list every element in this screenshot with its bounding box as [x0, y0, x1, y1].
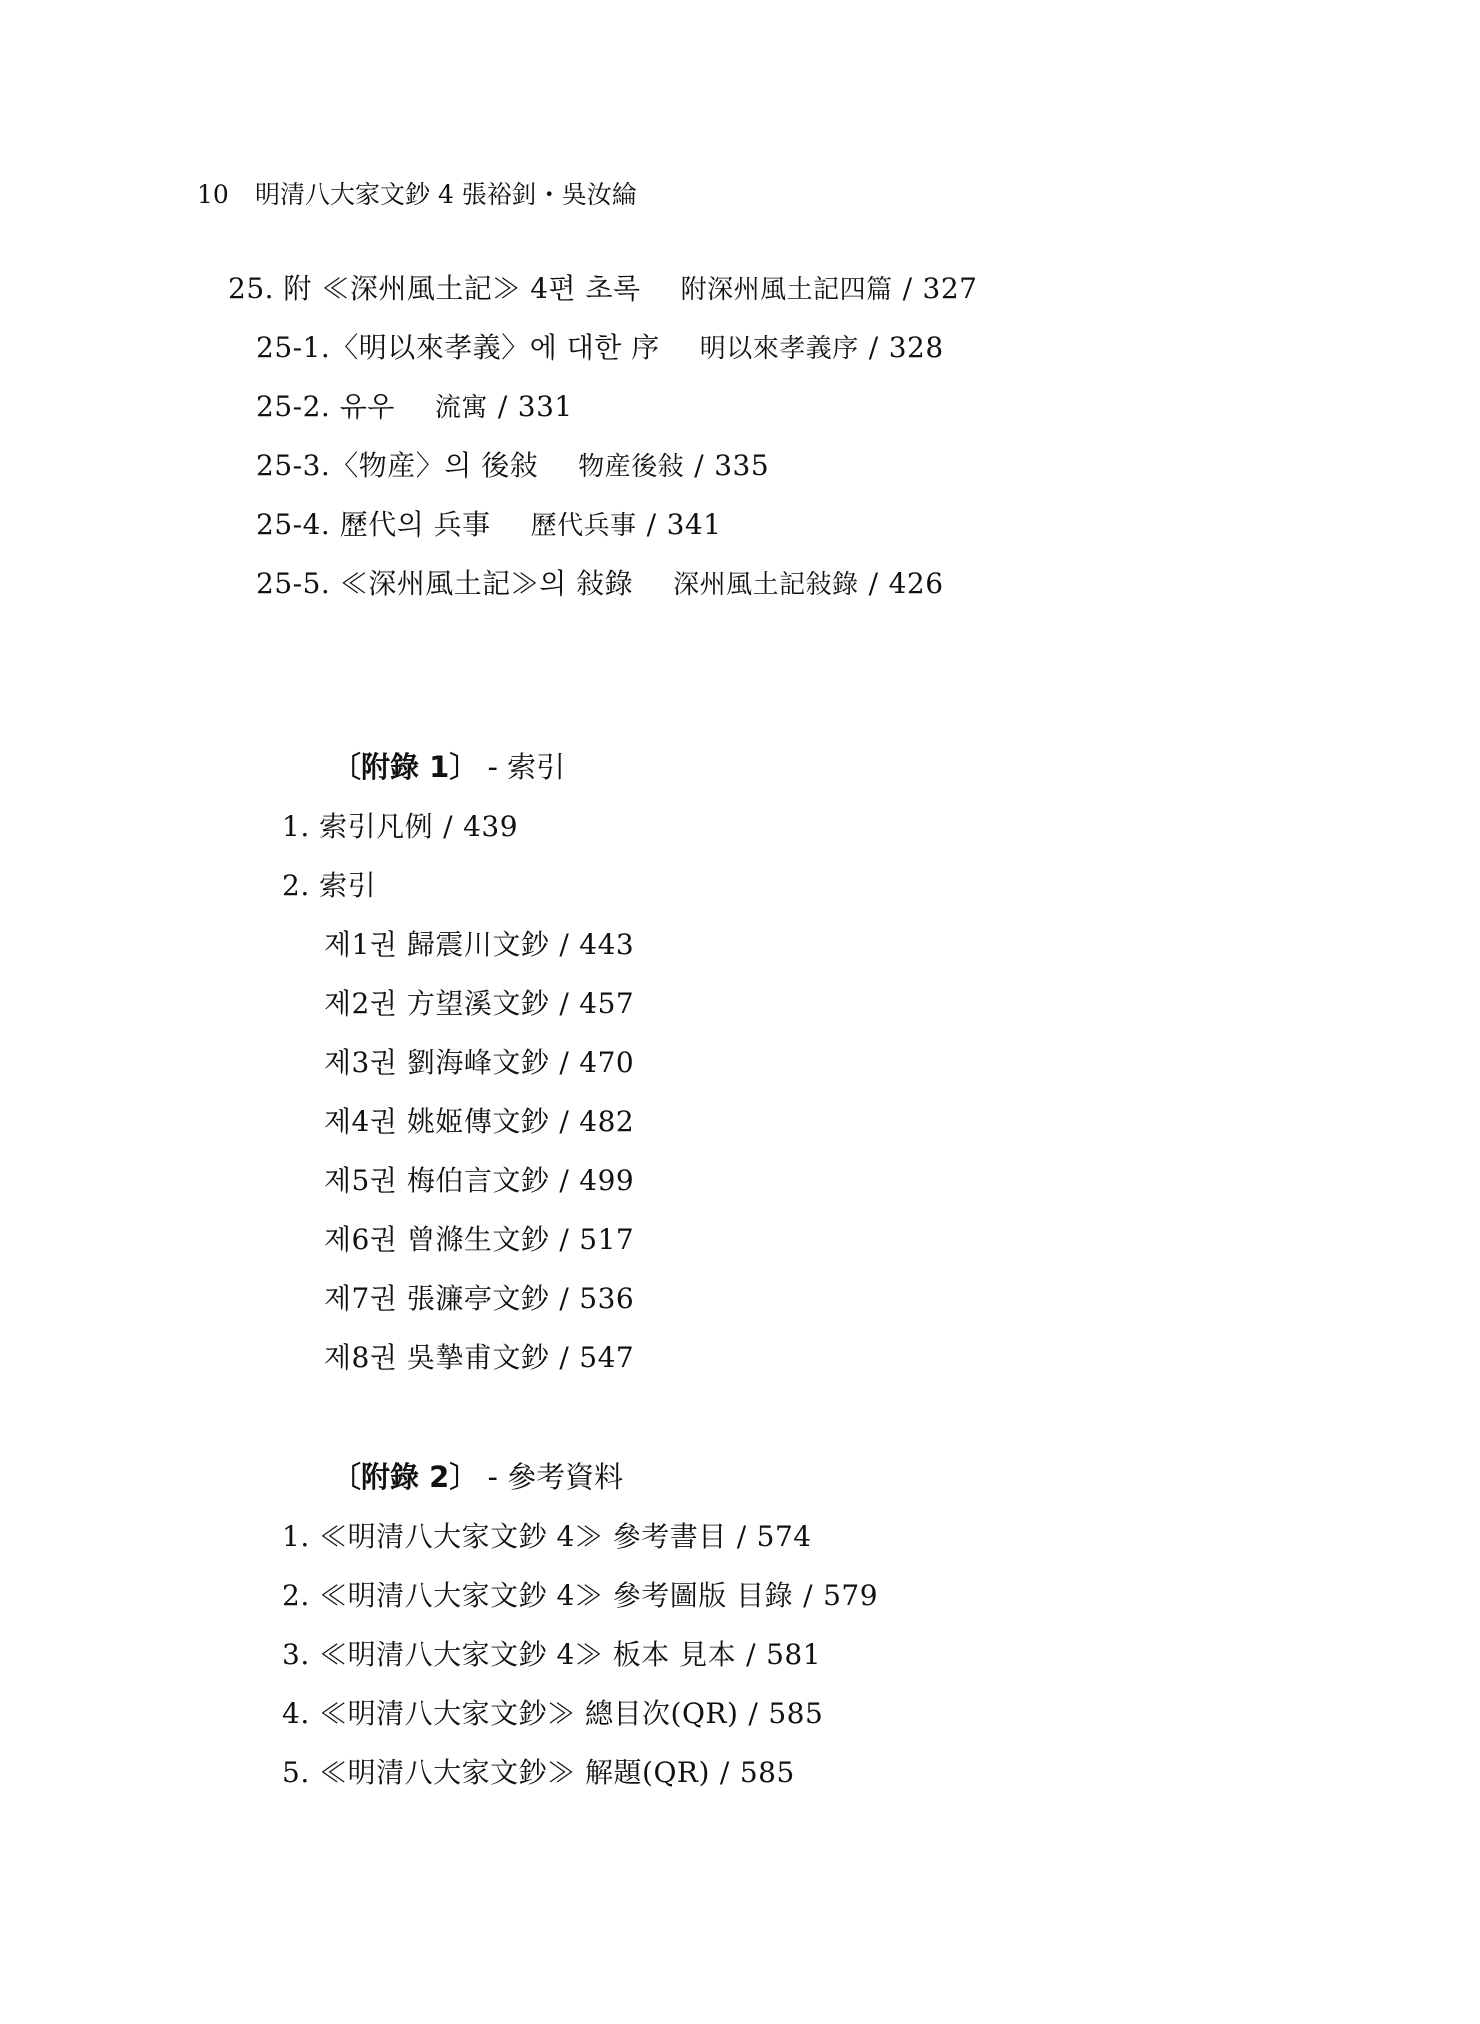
separator: /: [498, 390, 508, 423]
entry-original: 歷代兵事: [531, 511, 637, 541]
appendix-2-item-5: 5. ≪明清八大家文鈔≫ 解題(QR)/585: [282, 1754, 795, 1792]
entry-label: 2. 索引: [282, 869, 376, 902]
entry-page: 426: [889, 567, 944, 600]
entry-page: 327: [923, 272, 978, 305]
separator: /: [647, 508, 657, 541]
entry-page: 341: [667, 508, 722, 541]
running-header: 10明清八大家文鈔 4 張裕釗・吳汝綸: [197, 178, 637, 212]
separator: /: [746, 1638, 756, 1671]
volume-number: 제2권: [324, 987, 397, 1020]
entry-page: 335: [714, 449, 769, 482]
volume-title: 方望溪文鈔: [407, 987, 550, 1020]
volume-title: 曾滌生文鈔: [407, 1223, 550, 1256]
heading-label: 〔附錄 1〕: [332, 750, 478, 784]
separator: /: [559, 1282, 569, 1315]
entry-page: 547: [579, 1341, 634, 1374]
entry-page: 331: [518, 390, 573, 423]
separator: /: [559, 1105, 569, 1138]
appendix-1-item-1: 1. 索引凡例/439: [282, 808, 518, 846]
entry-page: 579: [823, 1579, 878, 1612]
entry-label: 25-2. 유우: [256, 390, 395, 423]
separator: /: [559, 1164, 569, 1197]
entry-label: 1. ≪明清八大家文鈔 4≫ 參考書目: [282, 1520, 727, 1553]
index-volume-8: 제8권 吳摯甫文鈔/547: [324, 1339, 634, 1377]
entry-page: 499: [579, 1164, 634, 1197]
separator: /: [559, 928, 569, 961]
separator: /: [694, 449, 704, 482]
toc-entry-25-4: 25-4. 歷代의 兵事歷代兵事/341: [256, 506, 722, 545]
entry-label: 25-1.〈明以來孝義〉에 대한 序: [256, 331, 660, 364]
index-volume-5: 제5권 梅伯言文鈔/499: [324, 1162, 634, 1200]
separator: /: [903, 272, 913, 305]
entry-page: 517: [579, 1223, 634, 1256]
appendix-2-item-2: 2. ≪明清八大家文鈔 4≫ 參考圖版 目錄/579: [282, 1577, 878, 1615]
volume-title: 梅伯言文鈔: [407, 1164, 550, 1197]
entry-page: 439: [463, 810, 518, 843]
index-volume-7: 제7권 張濂亭文鈔/536: [324, 1280, 634, 1318]
heading-title: - 參考資料: [488, 1460, 624, 1494]
separator: /: [748, 1697, 758, 1730]
volume-number: 제1권: [324, 928, 397, 961]
entry-label: 25-3.〈物産〉의 後敍: [256, 449, 538, 482]
entry-page: 482: [579, 1105, 634, 1138]
heading-label: 〔附錄 2〕: [332, 1460, 478, 1494]
entry-page: 470: [579, 1046, 634, 1079]
separator: /: [737, 1520, 747, 1553]
volume-number: 제6권: [324, 1223, 397, 1256]
appendix-2-item-3: 3. ≪明清八大家文鈔 4≫ 板本 見本/581: [282, 1636, 821, 1674]
entry-original: 明以來孝義序: [700, 334, 859, 364]
entry-page: 536: [579, 1282, 634, 1315]
page-number: 10: [197, 178, 255, 212]
entry-page: 574: [757, 1520, 812, 1553]
entry-page: 328: [889, 331, 944, 364]
separator: /: [559, 1046, 569, 1079]
index-volume-3: 제3권 劉海峰文鈔/470: [324, 1044, 634, 1082]
entry-label: 3. ≪明清八大家文鈔 4≫ 板本 見本: [282, 1638, 736, 1671]
entry-original: 流寓: [435, 393, 488, 423]
appendix-2-item-1: 1. ≪明清八大家文鈔 4≫ 參考書目/574: [282, 1518, 812, 1556]
entry-label: 2. ≪明清八大家文鈔 4≫ 參考圖版 目錄: [282, 1579, 793, 1612]
index-volume-6: 제6권 曾滌生文鈔/517: [324, 1221, 634, 1259]
entry-original: 物産後敍: [578, 452, 684, 482]
separator: /: [803, 1579, 813, 1612]
entry-original: 附深州風土記四篇: [681, 275, 893, 305]
toc-entry-25-2: 25-2. 유우流寓/331: [256, 388, 573, 427]
separator: /: [559, 1341, 569, 1374]
separator: /: [869, 567, 879, 600]
volume-number: 제7권: [324, 1282, 397, 1315]
toc-entry-25-3: 25-3.〈物産〉의 後敍物産後敍/335: [256, 447, 769, 486]
volume-title: 吳摯甫文鈔: [407, 1341, 550, 1374]
volume-number: 제8권: [324, 1341, 397, 1374]
appendix-2-heading: 〔附錄 2〕 - 參考資料: [332, 1458, 623, 1496]
entry-page: 585: [768, 1697, 823, 1730]
entry-label: 4. ≪明清八大家文鈔≫ 總目次(QR): [282, 1697, 738, 1730]
entry-label: 5. ≪明清八大家文鈔≫ 解題(QR): [282, 1756, 710, 1789]
entry-label: 25-5. ≪深州風土記≫의 敍錄: [256, 567, 633, 600]
volume-number: 제3권: [324, 1046, 397, 1079]
index-volume-1: 제1권 歸震川文鈔/443: [324, 926, 634, 964]
entry-original: 深州風土記敍錄: [673, 570, 859, 600]
index-volume-2: 제2권 方望溪文鈔/457: [324, 985, 634, 1023]
appendix-2-item-4: 4. ≪明清八大家文鈔≫ 總目次(QR)/585: [282, 1695, 823, 1733]
document-page: 10明清八大家文鈔 4 張裕釗・吳汝綸 25. 附 ≪深州風土記≫ 4편 초록附…: [0, 0, 1480, 2024]
entry-label: 25-4. 歷代의 兵事: [256, 508, 491, 541]
separator: /: [559, 987, 569, 1020]
entry-page: 457: [579, 987, 634, 1020]
entry-label: 1. 索引凡例: [282, 810, 433, 843]
toc-entry-25-1: 25-1.〈明以來孝義〉에 대한 序明以來孝義序/328: [256, 329, 944, 368]
entry-page: 443: [579, 928, 634, 961]
entry-label: 25. 附 ≪深州風土記≫ 4편 초록: [228, 272, 641, 305]
heading-title: - 索引: [488, 750, 566, 784]
appendix-1-item-2: 2. 索引: [282, 867, 376, 905]
volume-title: 姚姬傳文鈔: [407, 1105, 550, 1138]
separator: /: [559, 1223, 569, 1256]
index-volume-4: 제4권 姚姬傳文鈔/482: [324, 1103, 634, 1141]
toc-entry-25: 25. 附 ≪深州風土記≫ 4편 초록附深州風土記四篇/327: [228, 270, 978, 309]
volume-title: 歸震川文鈔: [407, 928, 550, 961]
volume-title: 張濂亭文鈔: [407, 1282, 550, 1315]
volume-number: 제4권: [324, 1105, 397, 1138]
appendix-1-heading: 〔附錄 1〕 - 索引: [332, 748, 565, 786]
volume-title: 劉海峰文鈔: [407, 1046, 550, 1079]
separator: /: [869, 331, 879, 364]
book-title: 明清八大家文鈔 4 張裕釗・吳汝綸: [255, 180, 637, 209]
entry-page: 581: [766, 1638, 821, 1671]
separator: /: [720, 1756, 730, 1789]
volume-number: 제5권: [324, 1164, 397, 1197]
entry-page: 585: [740, 1756, 795, 1789]
separator: /: [443, 810, 453, 843]
toc-entry-25-5: 25-5. ≪深州風土記≫의 敍錄深州風土記敍錄/426: [256, 565, 944, 604]
